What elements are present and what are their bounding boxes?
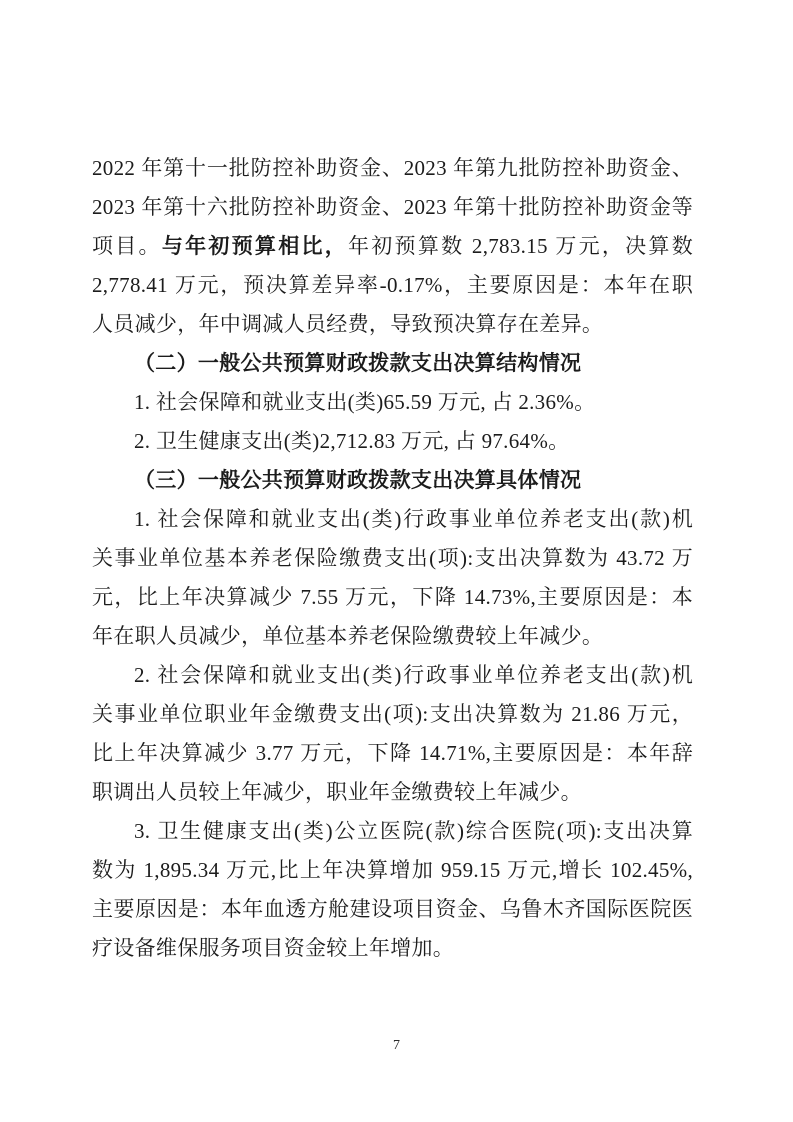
text-segment-bold: （三）一般公共预算财政拨款支出决算具体情况 bbox=[134, 468, 581, 492]
text-segment: 2. 卫生健康支出(类)2,712.83 万元, 占 97.64%。 bbox=[134, 429, 569, 453]
text-segment: 关事业单位基本养老保险缴费支出(项):支出决算数为 43.72 万 bbox=[92, 546, 693, 570]
text-segment-bold: （二）一般公共预算财政拨款支出决算结构情况 bbox=[134, 351, 581, 375]
text-segment: 元，比上年决算减少 7.55 万元，下降 14.73%,主要原因是：本 bbox=[92, 585, 693, 609]
text-segment: 职调出人员较上年减少，职业年金缴费较上年减少。 bbox=[92, 780, 582, 804]
text-line: 疗设备维保服务项目资金较上年增加。 bbox=[92, 929, 693, 968]
text-segment-bold: 与年初预算相比， bbox=[162, 234, 348, 258]
page-number: 7 bbox=[0, 1036, 793, 1056]
text-segment: 3. 卫生健康支出(类)公立医院(款)综合医院(项):支出决算 bbox=[134, 819, 693, 843]
text-segment: 2023 年第十六批防控补助资金、2023 年第十批防控补助资金等 bbox=[92, 195, 693, 219]
text-line: 2,778.41 万元，预决算差异率-0.17%，主要原因是：本年在职 bbox=[92, 266, 693, 305]
text-segment: 关事业单位职业年金缴费支出(项):支出决算数为 21.86 万元， bbox=[92, 702, 693, 726]
text-segment: 2022 年第十一批防控补助资金、2023 年第九批防控补助资金、 bbox=[92, 156, 693, 180]
text-line: 3. 卫生健康支出(类)公立医院(款)综合医院(项):支出决算 bbox=[92, 812, 693, 851]
text-line: 关事业单位职业年金缴费支出(项):支出决算数为 21.86 万元， bbox=[92, 695, 693, 734]
text-segment: 2. 社会保障和就业支出(类)行政事业单位养老支出(款)机 bbox=[134, 663, 693, 687]
text-segment: 人员减少，年中调减人员经费，导致预决算存在差异。 bbox=[92, 312, 603, 336]
text-segment: 比上年决算减少 3.77 万元，下降 14.71%,主要原因是：本年辞 bbox=[92, 741, 693, 765]
text-segment: 项目。 bbox=[92, 234, 162, 258]
text-segment: 主要原因是：本年血透方舱建设项目资金、乌鲁木齐国际医院医 bbox=[92, 897, 693, 921]
text-segment: 年在职人员减少，单位基本养老保险缴费较上年减少。 bbox=[92, 624, 603, 648]
text-segment: 疗设备维保服务项目资金较上年增加。 bbox=[92, 936, 454, 960]
text-line: 1. 社会保障和就业支出(类)65.59 万元, 占 2.36%。 bbox=[92, 383, 693, 422]
text-line: 比上年决算减少 3.77 万元，下降 14.71%,主要原因是：本年辞 bbox=[92, 734, 693, 773]
text-line: 2. 卫生健康支出(类)2,712.83 万元, 占 97.64%。 bbox=[92, 422, 693, 461]
text-line: 关事业单位基本养老保险缴费支出(项):支出决算数为 43.72 万 bbox=[92, 539, 693, 578]
text-segment: 数为 1,895.34 万元,比上年决算增加 959.15 万元,增长 102.… bbox=[92, 858, 693, 882]
text-line: 主要原因是：本年血透方舱建设项目资金、乌鲁木齐国际医院医 bbox=[92, 890, 693, 929]
text-segment: 1. 社会保障和就业支出(类)65.59 万元, 占 2.36%。 bbox=[134, 390, 595, 414]
text-line: 元，比上年决算减少 7.55 万元，下降 14.73%,主要原因是：本 bbox=[92, 578, 693, 617]
text-line: 数为 1,895.34 万元,比上年决算增加 959.15 万元,增长 102.… bbox=[92, 851, 693, 890]
text-line: 2023 年第十六批防控补助资金、2023 年第十批防控补助资金等 bbox=[92, 188, 693, 227]
text-line: 项目。与年初预算相比，年初预算数 2,783.15 万元，决算数 bbox=[92, 227, 693, 266]
text-line: 人员减少，年中调减人员经费，导致预决算存在差异。 bbox=[92, 305, 693, 344]
text-line: 职调出人员较上年减少，职业年金缴费较上年减少。 bbox=[92, 773, 693, 812]
text-line: 年在职人员减少，单位基本养老保险缴费较上年减少。 bbox=[92, 617, 693, 656]
text-line: （三）一般公共预算财政拨款支出决算具体情况 bbox=[92, 461, 693, 500]
text-line: 2. 社会保障和就业支出(类)行政事业单位养老支出(款)机 bbox=[92, 656, 693, 695]
document-page: 2022 年第十一批防控补助资金、2023 年第九批防控补助资金、2023 年第… bbox=[0, 0, 793, 1122]
text-segment: 年初预算数 2,783.15 万元，决算数 bbox=[348, 234, 693, 258]
text-segment: 2,778.41 万元，预决算差异率-0.17%，主要原因是：本年在职 bbox=[92, 273, 693, 297]
text-line: 2022 年第十一批防控补助资金、2023 年第九批防控补助资金、 bbox=[92, 149, 693, 188]
text-segment: 1. 社会保障和就业支出(类)行政事业单位养老支出(款)机 bbox=[134, 507, 693, 531]
text-line: （二）一般公共预算财政拨款支出决算结构情况 bbox=[92, 344, 693, 383]
text-line: 1. 社会保障和就业支出(类)行政事业单位养老支出(款)机 bbox=[92, 500, 693, 539]
document-body-text: 2022 年第十一批防控补助资金、2023 年第九批防控补助资金、2023 年第… bbox=[92, 149, 693, 968]
